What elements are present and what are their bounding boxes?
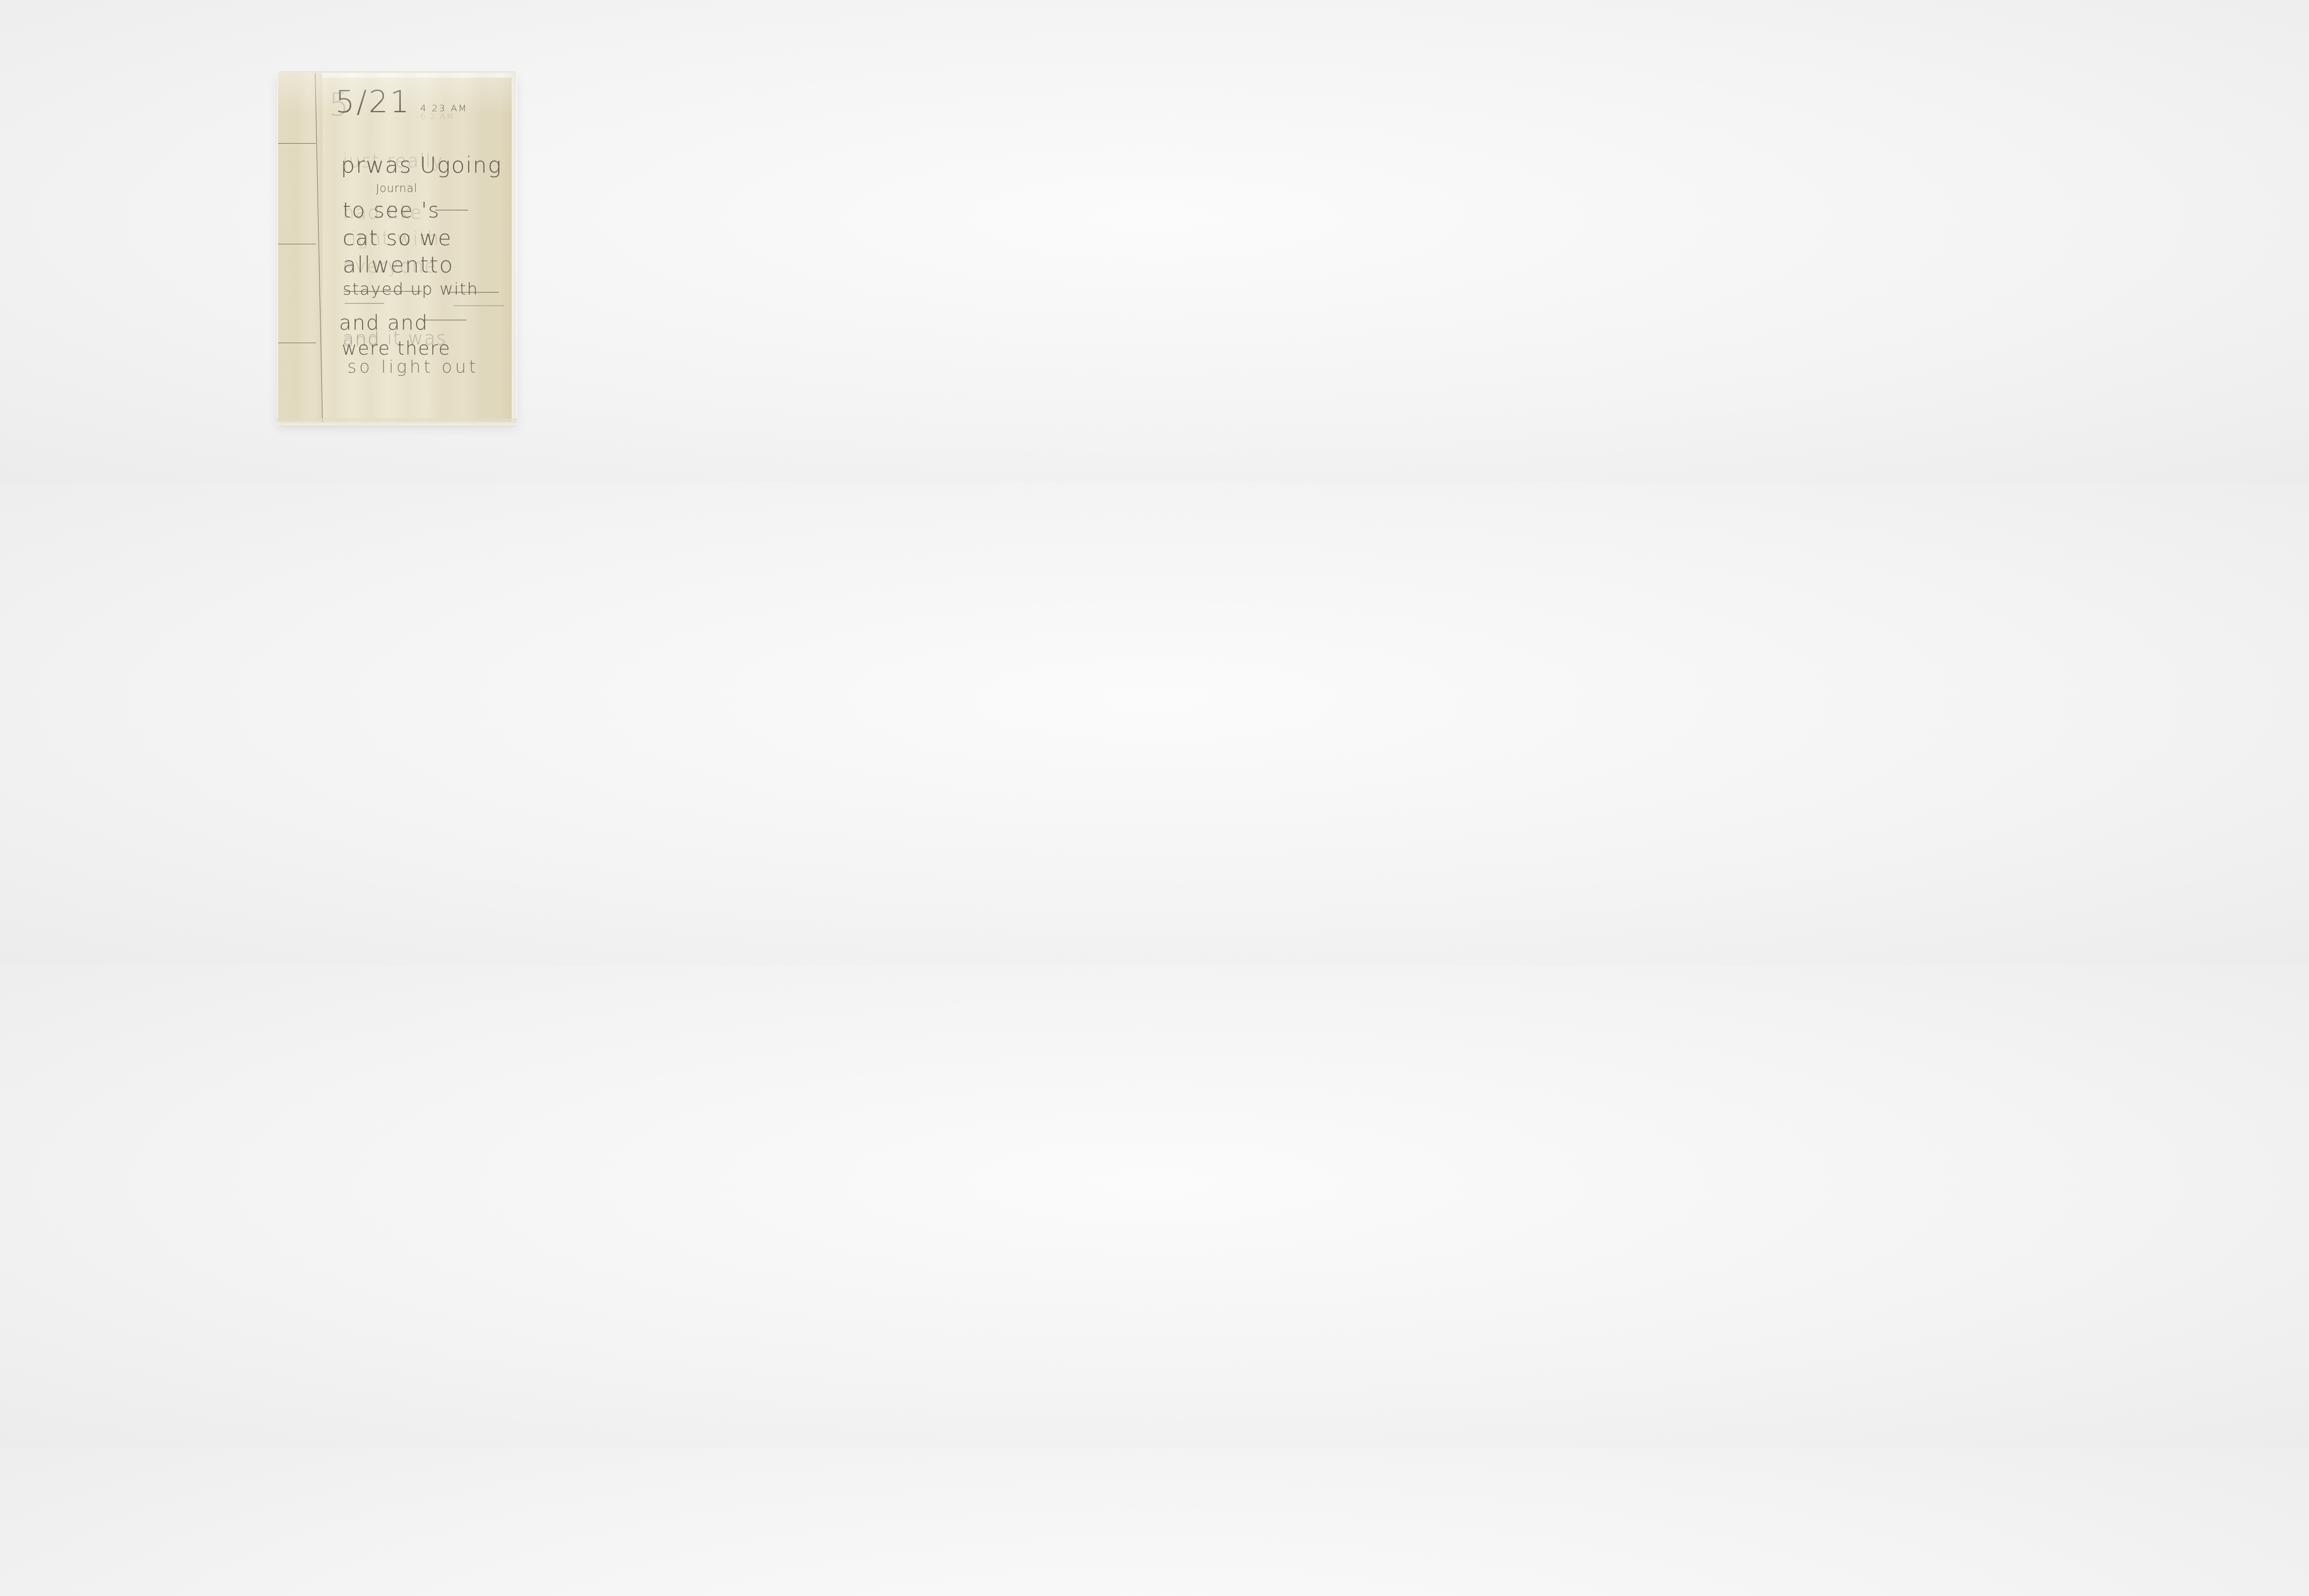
stacked-page-edges: [277, 418, 517, 425]
journal-line-9: so light out: [347, 357, 478, 377]
time-ghost-text: 6 2 AM: [420, 112, 454, 121]
journal-line-2: to see 's: [343, 198, 440, 223]
binding-stitch-1: [278, 143, 316, 144]
underline-and: [422, 320, 466, 320]
blank-underline: [435, 210, 468, 211]
journal-cover: 5 5/21 4 23 AM 6 2 AM just really had li…: [278, 73, 512, 422]
ghost-underline: [453, 305, 504, 306]
journal-line-4: allwentto: [343, 252, 453, 278]
underline-stayed: [344, 291, 422, 292]
journal-line-3: cat so we: [343, 225, 452, 250]
journal-title: Journal: [376, 182, 417, 195]
date-text: 5/21: [335, 84, 411, 120]
ghost-underline: [345, 303, 384, 304]
photo-stage: 5 5/21 4 23 AM 6 2 AM just really had li…: [0, 0, 724, 483]
binding-stitch-2: [278, 244, 316, 244]
journal-line-5: stayed up with: [343, 280, 478, 299]
underline-with: [449, 292, 499, 293]
journal-line-1: prwas Ugoing: [341, 152, 502, 178]
binding-stitch-3: [278, 343, 316, 343]
